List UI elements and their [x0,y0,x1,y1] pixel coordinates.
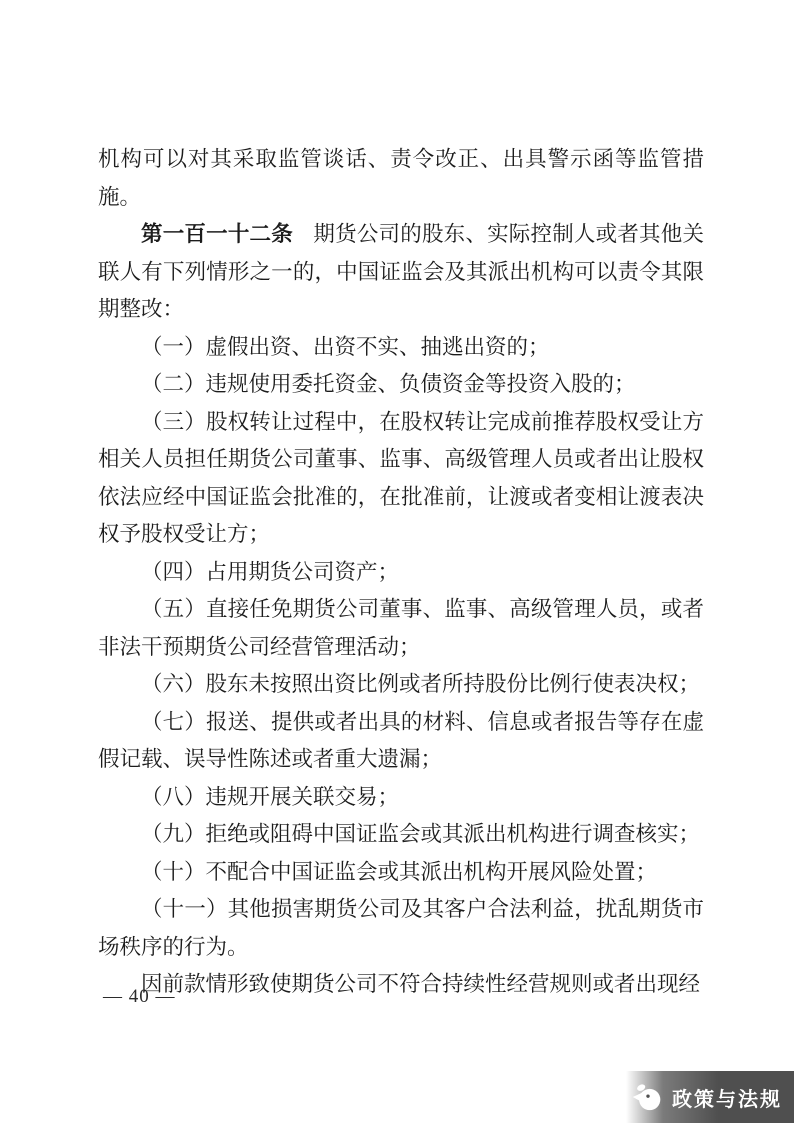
article-number-label: 第一百一十二条 [141,222,293,246]
list-item-9: （九）拒绝或阻碍中国证监会或其派出机构进行调查核实； [98,816,704,854]
list-item-4: （四）占用期货公司资产； [98,554,704,592]
paragraph-article-112: 第一百一十二条期货公司的股东、实际控制人或者其他关联人有下列情形之一的，中国证监… [98,216,704,329]
list-item-11: （十一）其他损害期货公司及其客户合法利益，扰乱期货市场秩序的行为。 [98,891,704,966]
paragraph-continuation: 机构可以对其采取监管谈话、责令改正、出具警示函等监管措施。 [98,141,704,216]
page-footer: — 40 — [103,986,176,1008]
bird-logo-icon [631,1080,665,1114]
list-item-5: （五）直接任免期货公司董事、监事、高级管理人员，或者非法干预期货公司经营管理活动… [98,591,704,666]
list-item-8: （八）违规开展关联交易； [98,779,704,817]
watermark-bar: 政策与法规 [626,1071,794,1123]
list-item-6: （六）股东未按照出资比例或者所持股份比例行使表决权； [98,666,704,704]
document-page: 机构可以对其采取监管谈话、责令改正、出具警示函等监管措施。 第一百一十二条期货公… [0,0,794,1123]
list-item-7: （七）报送、提供或者出具的材料、信息或者报告等存在虚假记载、误导性陈述或者重大遗… [98,704,704,779]
list-item-1: （一）虚假出资、出资不实、抽逃出资的； [98,329,704,367]
list-item-10: （十）不配合中国证监会或其派出机构开展风险处置； [98,854,704,892]
document-body: 机构可以对其采取监管谈话、责令改正、出具警示函等监管措施。 第一百一十二条期货公… [98,141,704,1004]
page-number: — 40 — [103,986,176,1007]
list-item-3: （三）股权转让过程中，在股权转让完成前推荐股权受让方相关人员担任期货公司董事、监… [98,404,704,554]
list-item-2: （二）违规使用委托资金、负债资金等投资入股的； [98,366,704,404]
paragraph-closing: 因前款情形致使期货公司不符合持续性经营规则或者出现经 [98,966,704,1004]
watermark-label: 政策与法规 [672,1083,782,1112]
